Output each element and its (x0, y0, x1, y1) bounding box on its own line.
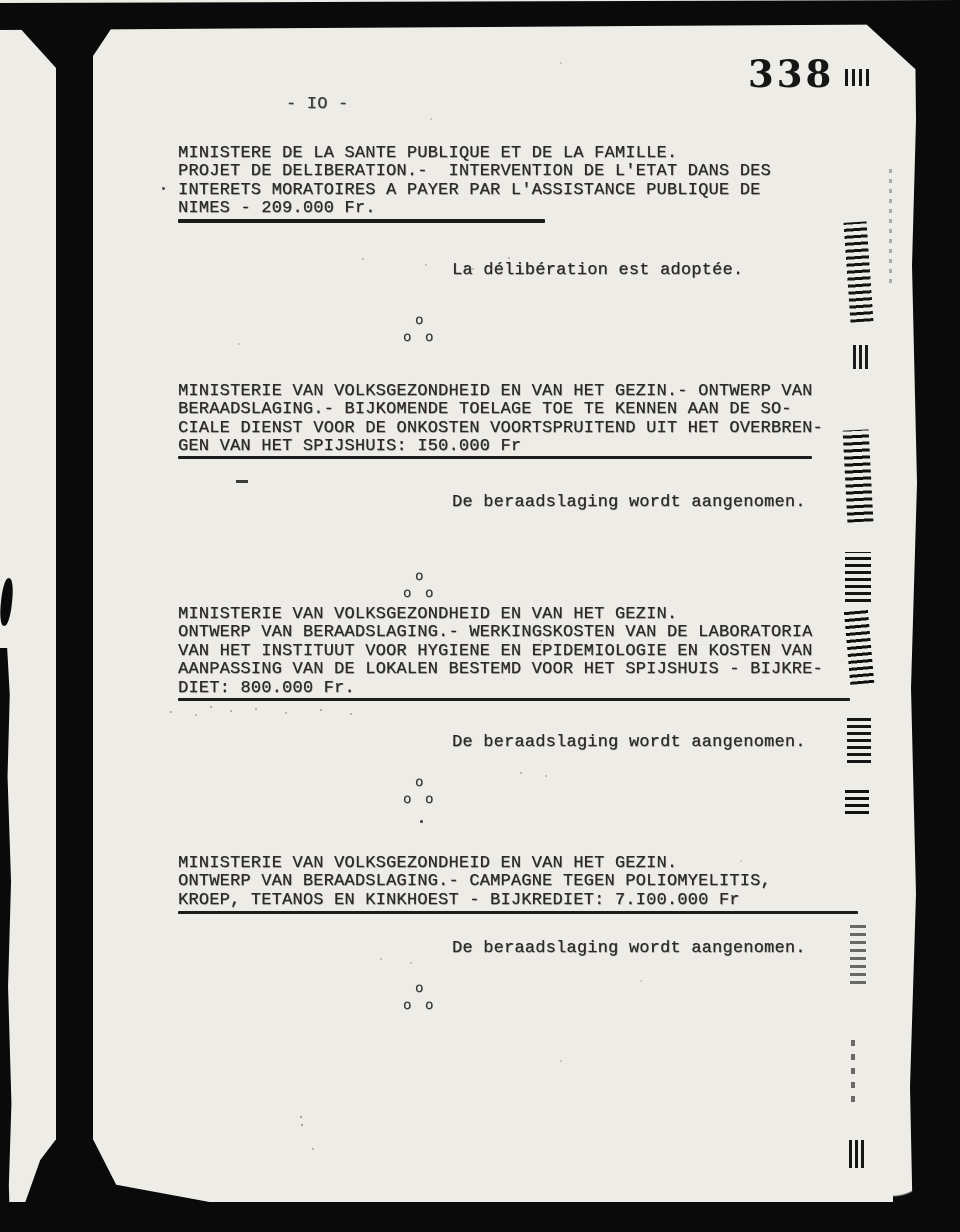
scan-corner-bottom-right (893, 1156, 960, 1202)
ink-smudge (851, 1038, 855, 1102)
separator-dot: o (415, 778, 423, 788)
ink-smudge (853, 345, 870, 369)
heading-line: DIET: 800.000 Fr. (178, 680, 823, 698)
separator-dot: o (403, 333, 411, 343)
separator-dot: o (403, 1001, 411, 1011)
separator-dot: o (415, 316, 423, 326)
stray-ink-dot (162, 187, 165, 190)
separator-dot: o (425, 333, 433, 343)
heading-underline (178, 219, 545, 223)
separator-dot: o (425, 795, 433, 805)
result-line: La délibération est adoptée. (452, 262, 743, 280)
heading-line: MINISTERIE VAN VOLKSGEZONDHEID EN VAN HE… (178, 383, 823, 401)
heading-line: MINISTERE DE LA SANTE PUBLIQUE ET DE LA … (178, 145, 771, 163)
separator-dot: o (425, 589, 433, 599)
result-line: De beraadslaging wordt aangenomen. (452, 734, 806, 752)
item-separator: o o o (403, 778, 439, 810)
heading-line: INTERETS MORATOIRES A PAYER PAR L'ASSIST… (178, 182, 771, 200)
separator-dot: o (403, 589, 411, 599)
section-spijshuis-toelage: MINISTERIE VAN VOLKSGEZONDHEID EN VAN HE… (178, 383, 823, 457)
stray-ink-dot (420, 820, 423, 823)
scanned-document-page: - IO - 338 MINISTERE DE LA SANTE PUBLIQU… (0, 0, 960, 1232)
heading-line: VAN HET INSTITUUT VOOR HYGIENE EN EPIDEM… (178, 643, 823, 661)
heading-line: MINISTERIE VAN VOLKSGEZONDHEID EN VAN HE… (178, 855, 771, 873)
separator-dot: o (425, 1001, 433, 1011)
ink-smudge (845, 69, 870, 86)
paper-speckle (0, 0, 2, 2)
item-separator: o o o (403, 572, 439, 604)
heading-underline (178, 698, 850, 701)
ink-smudge (845, 552, 871, 602)
typewriter-dash (236, 480, 248, 483)
ink-smudge (889, 168, 892, 283)
heading-line: MINISTERIE VAN VOLKSGEZONDHEID EN VAN HE… (178, 606, 823, 624)
ink-smudge (850, 922, 866, 984)
result-line: De beraadslaging wordt aangenomen. (452, 940, 806, 958)
heading-line: BERAADSLAGING.- BIJKOMENDE TOELAGE TOE T… (178, 401, 823, 419)
heading-line: AANPASSING VAN DE LOKALEN BESTEMD VOOR H… (178, 661, 823, 679)
binding-bar (56, 26, 93, 1148)
ink-smudge (847, 715, 871, 763)
section-sante-publique: MINISTERE DE LA SANTE PUBLIQUE ET DE LA … (178, 145, 771, 219)
item-separator: o o o (403, 316, 439, 348)
heading-line: GEN VAN HET SPIJSHUIS: I50.000 Fr (178, 438, 823, 456)
ink-smudge (843, 429, 874, 522)
separator-dot: o (415, 984, 423, 994)
heading-line: ONTWERP VAN BERAADSLAGING.- WERKINGSKOST… (178, 624, 823, 642)
ink-smudge (845, 786, 869, 814)
separator-dot: o (403, 795, 411, 805)
result-line: De beraadslaging wordt aangenomen. (452, 494, 806, 512)
heading-line: KROEP, TETANOS EN KINKHOEST - BIJKREDIET… (178, 892, 771, 910)
heading-line: NIMES - 209.000 Fr. (178, 200, 771, 218)
heading-underline (178, 911, 858, 914)
scan-border-right (910, 24, 960, 1232)
page-number: - IO - (286, 95, 348, 114)
heading-line: ONTWERP VAN BERAADSLAGING.- CAMPAGNE TEG… (178, 873, 771, 891)
scan-border-bottom (0, 1202, 960, 1232)
item-separator: o o o (403, 984, 439, 1016)
page-stamp-number: 338 (748, 52, 834, 96)
heading-underline (178, 456, 812, 459)
heading-line: CIALE DIENST VOOR DE ONKOSTEN VOORTSPRUI… (178, 420, 823, 438)
ink-smudge (849, 1140, 864, 1168)
heading-line: PROJET DE DELIBERATION.- INTERVENTION DE… (178, 163, 771, 181)
section-laboratoria-bijkrediet: MINISTERIE VAN VOLKSGEZONDHEID EN VAN HE… (178, 606, 823, 698)
separator-dot: o (415, 572, 423, 582)
section-polio-campagne: MINISTERIE VAN VOLKSGEZONDHEID EN VAN HE… (178, 855, 771, 910)
